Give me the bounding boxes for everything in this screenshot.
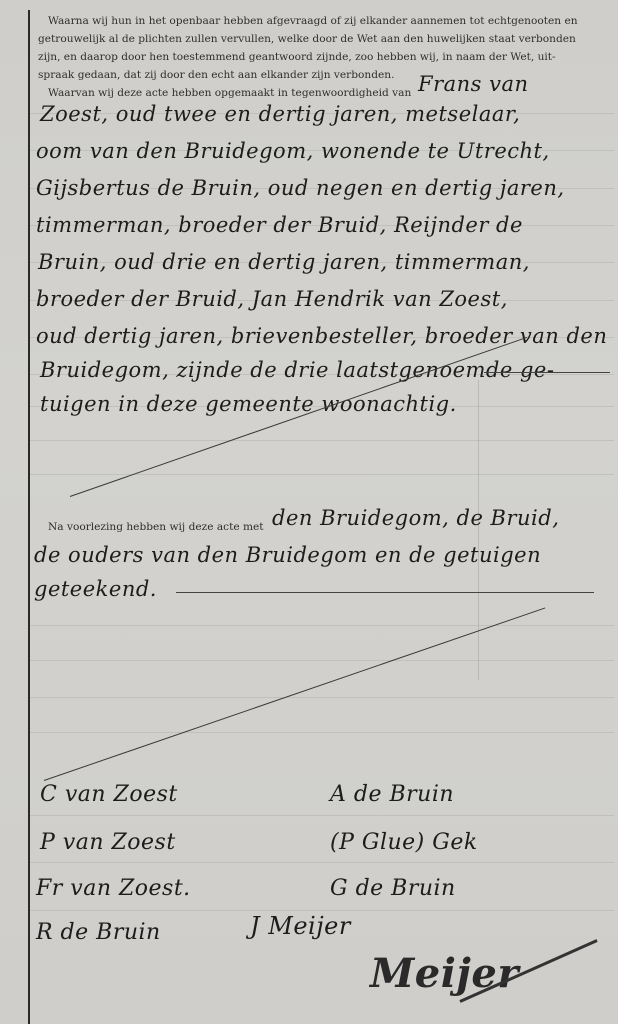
printed-signing-intro: Na voorlezing hebben wij deze acte met	[48, 518, 264, 536]
ruling-line	[28, 910, 614, 911]
handwritten-line: Frans van	[418, 72, 529, 96]
handwritten-line: oud dertig jaren, brievenbesteller, broe…	[36, 324, 607, 348]
ruling-line	[28, 440, 614, 441]
handwritten-line: Gijsbertus de Bruin, oud negen en dertig…	[36, 176, 565, 200]
document-page: Waarna wij hun in het openbaar hebben af…	[0, 0, 618, 1024]
signature: J Meijer	[250, 912, 351, 940]
handwritten-line: broeder der Bruid, Jan Hendrik van Zoest…	[36, 287, 508, 311]
signature-official: Meijer	[370, 950, 519, 997]
margin-rule	[28, 10, 30, 1024]
handwritten-line: Bruidegom, zijnde de drie laatstgenoemde…	[40, 358, 554, 382]
column-guide	[478, 380, 479, 680]
handwritten-line: geteekend.	[34, 577, 157, 601]
printed-line: getrouwelijk al de plichten zullen vervu…	[38, 30, 598, 48]
signature: C van Zoest	[40, 782, 178, 807]
signature: A de Bruin	[330, 782, 454, 807]
printed-line: Waarna wij hun in het openbaar hebben af…	[38, 12, 598, 30]
handwritten-line: Zoest, oud twee en dertig jaren, metsela…	[40, 102, 520, 126]
handwritten-line: timmerman, broeder der Bruid, Reijnder d…	[36, 213, 523, 237]
handwritten-line: tuigen in deze gemeente woonachtig.	[40, 392, 457, 416]
signature: R de Bruin	[36, 920, 161, 945]
ruling-line	[28, 732, 614, 733]
handwritten-line: de ouders van den Bruidegom en de getuig…	[34, 543, 541, 567]
ruling-line	[28, 697, 614, 698]
handwritten-line: den Bruidegom, de Bruid,	[272, 506, 559, 530]
handwritten-line: Bruin, oud drie en dertig jaren, timmerm…	[38, 250, 530, 274]
filler-line	[176, 592, 594, 593]
handwritten-line: oom van den Bruidegom, wonende te Utrech…	[36, 139, 550, 163]
void-strike-line	[44, 607, 545, 780]
signature: (P Glue) Gek	[330, 830, 478, 855]
ruling-line	[28, 625, 614, 626]
ruling-line	[28, 862, 614, 863]
signature: P van Zoest	[40, 830, 176, 855]
signature: Fr van Zoest.	[36, 876, 191, 901]
ruling-line	[28, 815, 614, 816]
printed-witness-intro: Waarvan wij deze acte hebben opgemaakt i…	[48, 84, 411, 102]
filler-line	[484, 372, 610, 373]
signature: G de Bruin	[330, 876, 456, 901]
printed-line: zijn, en daarop door hen toestemmend gea…	[38, 48, 598, 66]
ruling-line	[28, 474, 614, 475]
ruling-line	[28, 660, 614, 661]
